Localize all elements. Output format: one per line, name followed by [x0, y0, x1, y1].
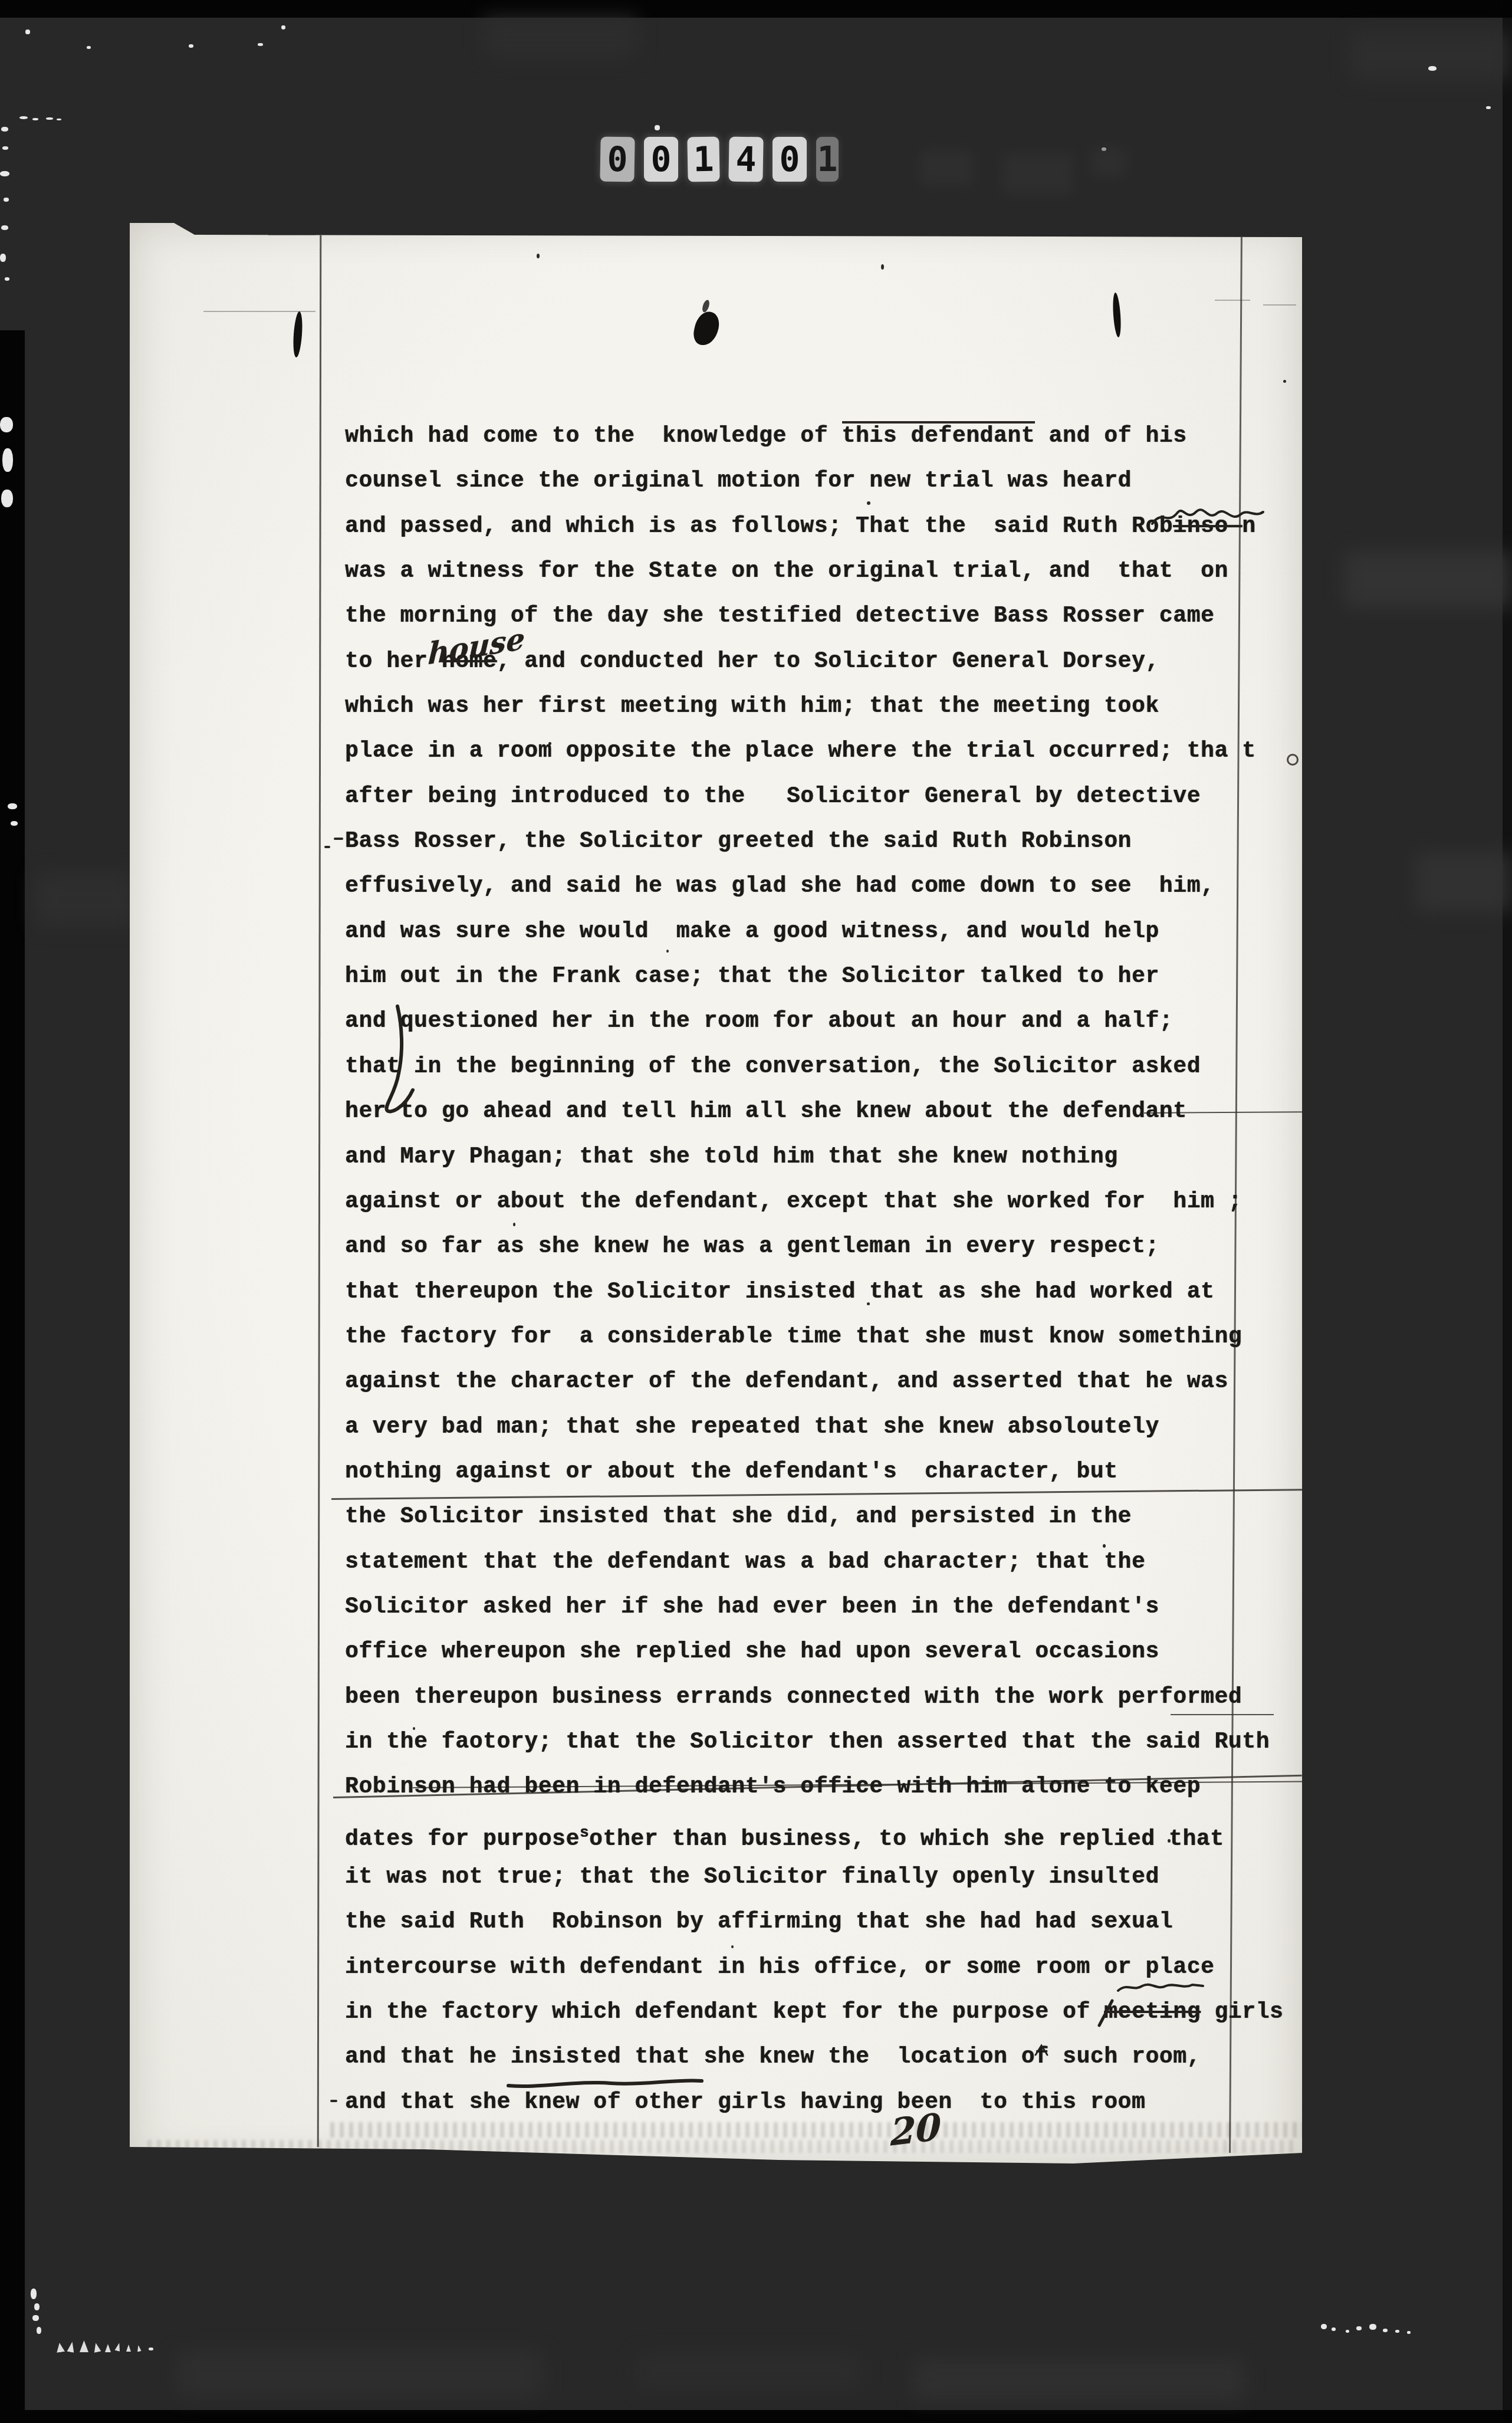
typed-line: in the factory which defendant kept for … [345, 1990, 1442, 2035]
typed-line: Robinson had been in defendant's office … [345, 1765, 1442, 1810]
typed-text: the morning of the day she testified det… [345, 603, 1214, 629]
typed-line: statement that the defendant was a bad c… [345, 1540, 1442, 1585]
film-smudge [177, 2350, 543, 2398]
typed-line: and Mary Phagan; that she told him that … [345, 1135, 1442, 1180]
typed-line: and so far as she knew he was a gentlema… [345, 1224, 1442, 1269]
typed-text: girls [1201, 2000, 1283, 2025]
typed-text: and so far as she knew he was a gentlema… [345, 1234, 1159, 1259]
stamp-digit: 1 [687, 137, 719, 182]
film-scribble [126, 2345, 131, 2352]
film-mark [1321, 2324, 1327, 2329]
film-strip-bottom [0, 2410, 1512, 2423]
typed-text: the said Ruth Robinson by affirming that… [345, 1909, 1173, 1935]
typed-text: against the character of the defendant, … [345, 1369, 1228, 1394]
typed-text: in the faotory; that the Solicitor then … [345, 1729, 1270, 1755]
typed-text: other than business, to which she replie… [589, 1827, 1224, 1852]
ink-speck [881, 264, 884, 270]
handwritten-scribble-over-robinson [1149, 500, 1267, 532]
typed-text: her to go ahead and tell him all she kne… [345, 1099, 1187, 1124]
typed-text: dates for purpose [345, 1827, 580, 1852]
typed-text: she knew the location of such room, [690, 2044, 1201, 2070]
typed-text-u: insisted that [511, 2044, 690, 2070]
film-edge-mark [1, 225, 8, 230]
scan-noise-band [147, 2140, 1297, 2153]
scratch-line [1215, 300, 1250, 301]
ink-blob [691, 309, 721, 347]
ink-mark [1112, 293, 1122, 338]
film-mark [1332, 2327, 1336, 2331]
film-scribble [105, 2344, 111, 2352]
film-scribble [67, 2341, 76, 2353]
typed-text: that thereupon the Solicitor insisted th… [345, 1279, 1214, 1305]
film-scratch-mark [19, 116, 28, 119]
typed-text: a very bad man; that she repeated that s… [345, 1414, 1159, 1440]
film-speck [25, 29, 30, 34]
typed-line: nothing against or about the defendant's… [345, 1450, 1442, 1495]
typed-line: the said Ruth Robinson by affirming that… [345, 1900, 1442, 1945]
stamp-digit: 0 [773, 137, 807, 182]
handwritten-caret-mark [1033, 2043, 1050, 2057]
film-mark [1383, 2329, 1388, 2332]
film-edge-mark [32, 2315, 39, 2321]
typed-line: been thereupon business errands connecte… [345, 1675, 1442, 1720]
film-edge-mark [34, 2303, 40, 2310]
typed-text: and that he [345, 2044, 511, 2070]
typed-text: and questioned her in the room for about… [345, 1009, 1173, 1034]
film-edge-mark [2, 448, 13, 472]
film-edge-mark [1, 127, 8, 132]
film-edge-mark [0, 254, 6, 262]
typed-line: against the character of the defendant, … [345, 1360, 1442, 1404]
film-mark [1346, 2330, 1349, 2333]
typed-text: , and conducted her to Solicitor General… [497, 649, 1159, 674]
film-edge-mark [4, 198, 9, 202]
typed-text: and was sure she would make a good witne… [345, 919, 1159, 944]
typed-text: against or about the defendant, except t… [345, 1189, 1242, 1214]
film-smudge [1350, 32, 1510, 80]
typed-line: Solicitor asked her if she had ever been… [345, 1585, 1442, 1630]
typed-text: him out in the Frank case; that the Soli… [345, 964, 1159, 989]
ink-speck [1283, 380, 1286, 383]
film-smudge [1345, 551, 1512, 608]
typed-line: and was sure she would make a good witne… [345, 910, 1442, 954]
typed-text: and passed, and which is as follows; Tha… [345, 514, 1173, 539]
ink-blob [701, 299, 711, 313]
film-mark [1395, 2330, 1399, 2333]
typed-line: office whereupon she replied she had upo… [345, 1630, 1442, 1675]
typed-text-block: which had come to the knowledge of this … [345, 414, 1442, 2125]
ink-speck [324, 846, 330, 848]
typed-text: place in a room opposite the place where… [345, 738, 1256, 764]
film-smudge [914, 2359, 1244, 2401]
film-speck [87, 46, 91, 49]
ink-mark [292, 311, 303, 358]
typed-text: and of his [1035, 423, 1186, 449]
typed-text: it was not true; that the Solicitor fina… [345, 1864, 1159, 1890]
typed-text: and Mary Phagan; that she told him that … [345, 1144, 1118, 1170]
typed-line: it was not true; that the Solicitor fina… [345, 1855, 1442, 1900]
scratch-line [1263, 304, 1296, 306]
typed-line: intercourse with defendant in his office… [345, 1945, 1442, 1990]
typed-line: against or about the defendant, except t… [345, 1180, 1442, 1224]
film-edge-mark [2, 146, 8, 150]
film-scribble [136, 2345, 142, 2352]
document-page: which had come to the knowledge of this … [130, 223, 1302, 2166]
typed-text: the Solicitor insisted that she did, and… [345, 1504, 1132, 1529]
film-smudge [35, 873, 136, 926]
typed-line: and passed, and which is as follows; Tha… [345, 504, 1442, 549]
film-speck [189, 44, 193, 48]
film-speck [258, 43, 263, 46]
scratch-line [268, 234, 315, 235]
typed-text: after being introduced to the Solicitor … [345, 784, 1201, 809]
film-edge-mark [5, 277, 9, 281]
film-scratch-mark [57, 119, 61, 120]
typed-line: the Solicitor insisted that she did, and… [345, 1495, 1442, 1539]
handwritten-page-number: 20 [890, 2104, 942, 2154]
typed-line: after being introduced to the Solicitor … [345, 774, 1442, 819]
typed-text: which was her first meeting with him; th… [345, 694, 1159, 719]
typed-text-over: this defendant [842, 421, 1036, 449]
film-strip-right [1503, 0, 1512, 2423]
film-scan: 0 0 1 4 0 1 [0, 0, 1512, 2423]
film-speck [1428, 66, 1437, 71]
typed-text: and that she knew of other girls having … [345, 2090, 1145, 2115]
typed-text: intercourse with defendant in his office… [345, 1955, 1214, 1980]
typed-line: was a witness for the State on the origi… [345, 549, 1442, 594]
typed-text: the factory for a considerable time that… [345, 1324, 1242, 1350]
film-scribble [114, 2342, 121, 2352]
film-speck [1486, 106, 1491, 109]
margin-rule-left [317, 224, 322, 2147]
ink-speck [537, 254, 540, 258]
typed-text: effusively, and said he was glad she had… [345, 874, 1214, 899]
handwritten-flourish-on-q [377, 1002, 430, 1117]
typed-text: Solicitor asked her if she had ever been… [345, 1594, 1159, 1620]
film-mark [1356, 2326, 1362, 2330]
stamp-digit: 0 [600, 136, 635, 182]
handwritten-scribble-over-meeting [1116, 1979, 1207, 1996]
film-scribble [92, 2342, 101, 2353]
film-speck [281, 25, 285, 29]
ink-speck [330, 2100, 337, 2102]
film-edge-mark [11, 821, 18, 826]
film-scribble [80, 2340, 88, 2352]
film-edge-mark [31, 2289, 37, 2299]
film-edge-mark [37, 2327, 41, 2334]
film-mark [1369, 2324, 1376, 2330]
typed-line: that thereupon the Solicitor insisted th… [345, 1270, 1442, 1315]
film-strip-left [0, 330, 25, 2423]
film-ghost-mark [1091, 147, 1126, 177]
film-ghost-mark [1002, 153, 1073, 195]
typed-text: counsel since the original motion for ne… [345, 468, 1132, 494]
typed-line: Bass Rosser, the Solicitor greeted the s… [345, 819, 1442, 864]
typed-text-sup: s [580, 1824, 589, 1841]
stamp-digit: 1 [816, 137, 839, 182]
typed-text: in the factory which defendant kept for … [345, 2000, 1104, 2025]
stamp-digit: 0 [644, 137, 678, 182]
typed-text: been thereupon business errands connecte… [345, 1685, 1242, 1710]
handwritten-underline-insisted-that [505, 2075, 705, 2090]
film-smudge [1415, 852, 1512, 911]
typed-line: which was her first meeting with him; th… [345, 684, 1442, 729]
typed-line: and that he insisted that she knew the l… [345, 2035, 1442, 2080]
handwritten-slash-mark [1094, 1998, 1116, 2028]
typed-line: counsel since the original motion for ne… [345, 459, 1442, 504]
film-ghost-mark [920, 150, 973, 186]
film-edge-mark [1, 490, 13, 507]
typed-line: place in a room opposite the place where… [345, 729, 1442, 774]
film-smudge [637, 2353, 861, 2389]
film-edge-mark [0, 417, 13, 432]
typed-line: dates for purposesother than business, t… [345, 1810, 1442, 1855]
typed-line: him out in the Frank case; that the Soli… [345, 954, 1442, 999]
film-mark [1407, 2331, 1411, 2334]
film-scribble [149, 2348, 153, 2350]
typed-line: her to go ahead and tell him all she kne… [345, 1089, 1442, 1134]
typed-text: Robinson had been in defendant's office … [345, 1774, 1201, 1800]
film-scratch-mark [46, 117, 53, 120]
typed-text: that in the beginning of the conversatio… [345, 1054, 1201, 1079]
film-frame-number-stamp: 0 0 1 4 0 1 [600, 137, 839, 182]
typed-line: in the faotory; that the Solicitor then … [345, 1720, 1442, 1765]
typed-text-strike: meeting [1104, 2000, 1201, 2025]
film-edge-mark [8, 803, 17, 809]
typed-line: which had come to the knowledge of this … [345, 414, 1442, 459]
typed-text: was a witness for the State on the origi… [345, 559, 1228, 584]
typed-text: which had come to the knowledge of [345, 423, 842, 449]
typed-text: nothing against or about the defendant's… [345, 1459, 1118, 1485]
typed-line: a very bad man; that she repeated that s… [345, 1405, 1442, 1450]
typed-line: effusively, and said he was glad she had… [345, 864, 1442, 909]
typed-text: Bass Rosser, the Solicitor greeted the s… [345, 829, 1132, 854]
typed-line: that in the beginning of the conversatio… [345, 1045, 1442, 1089]
typed-text: office whereupon she replied she had upo… [345, 1639, 1159, 1664]
film-scratch-mark [32, 118, 38, 120]
film-scribble [55, 2342, 65, 2353]
film-strip-top [0, 0, 1512, 18]
film-edge-mark [0, 171, 9, 176]
typed-line: and questioned her in the room for about… [345, 999, 1442, 1044]
typed-text: statement that the defendant was a bad c… [345, 1549, 1145, 1575]
film-speck [655, 125, 660, 130]
typed-line: the factory for a considerable time that… [345, 1315, 1442, 1360]
film-smudge [484, 17, 637, 58]
ink-speck [334, 838, 343, 840]
stamp-digit: 4 [728, 136, 763, 182]
